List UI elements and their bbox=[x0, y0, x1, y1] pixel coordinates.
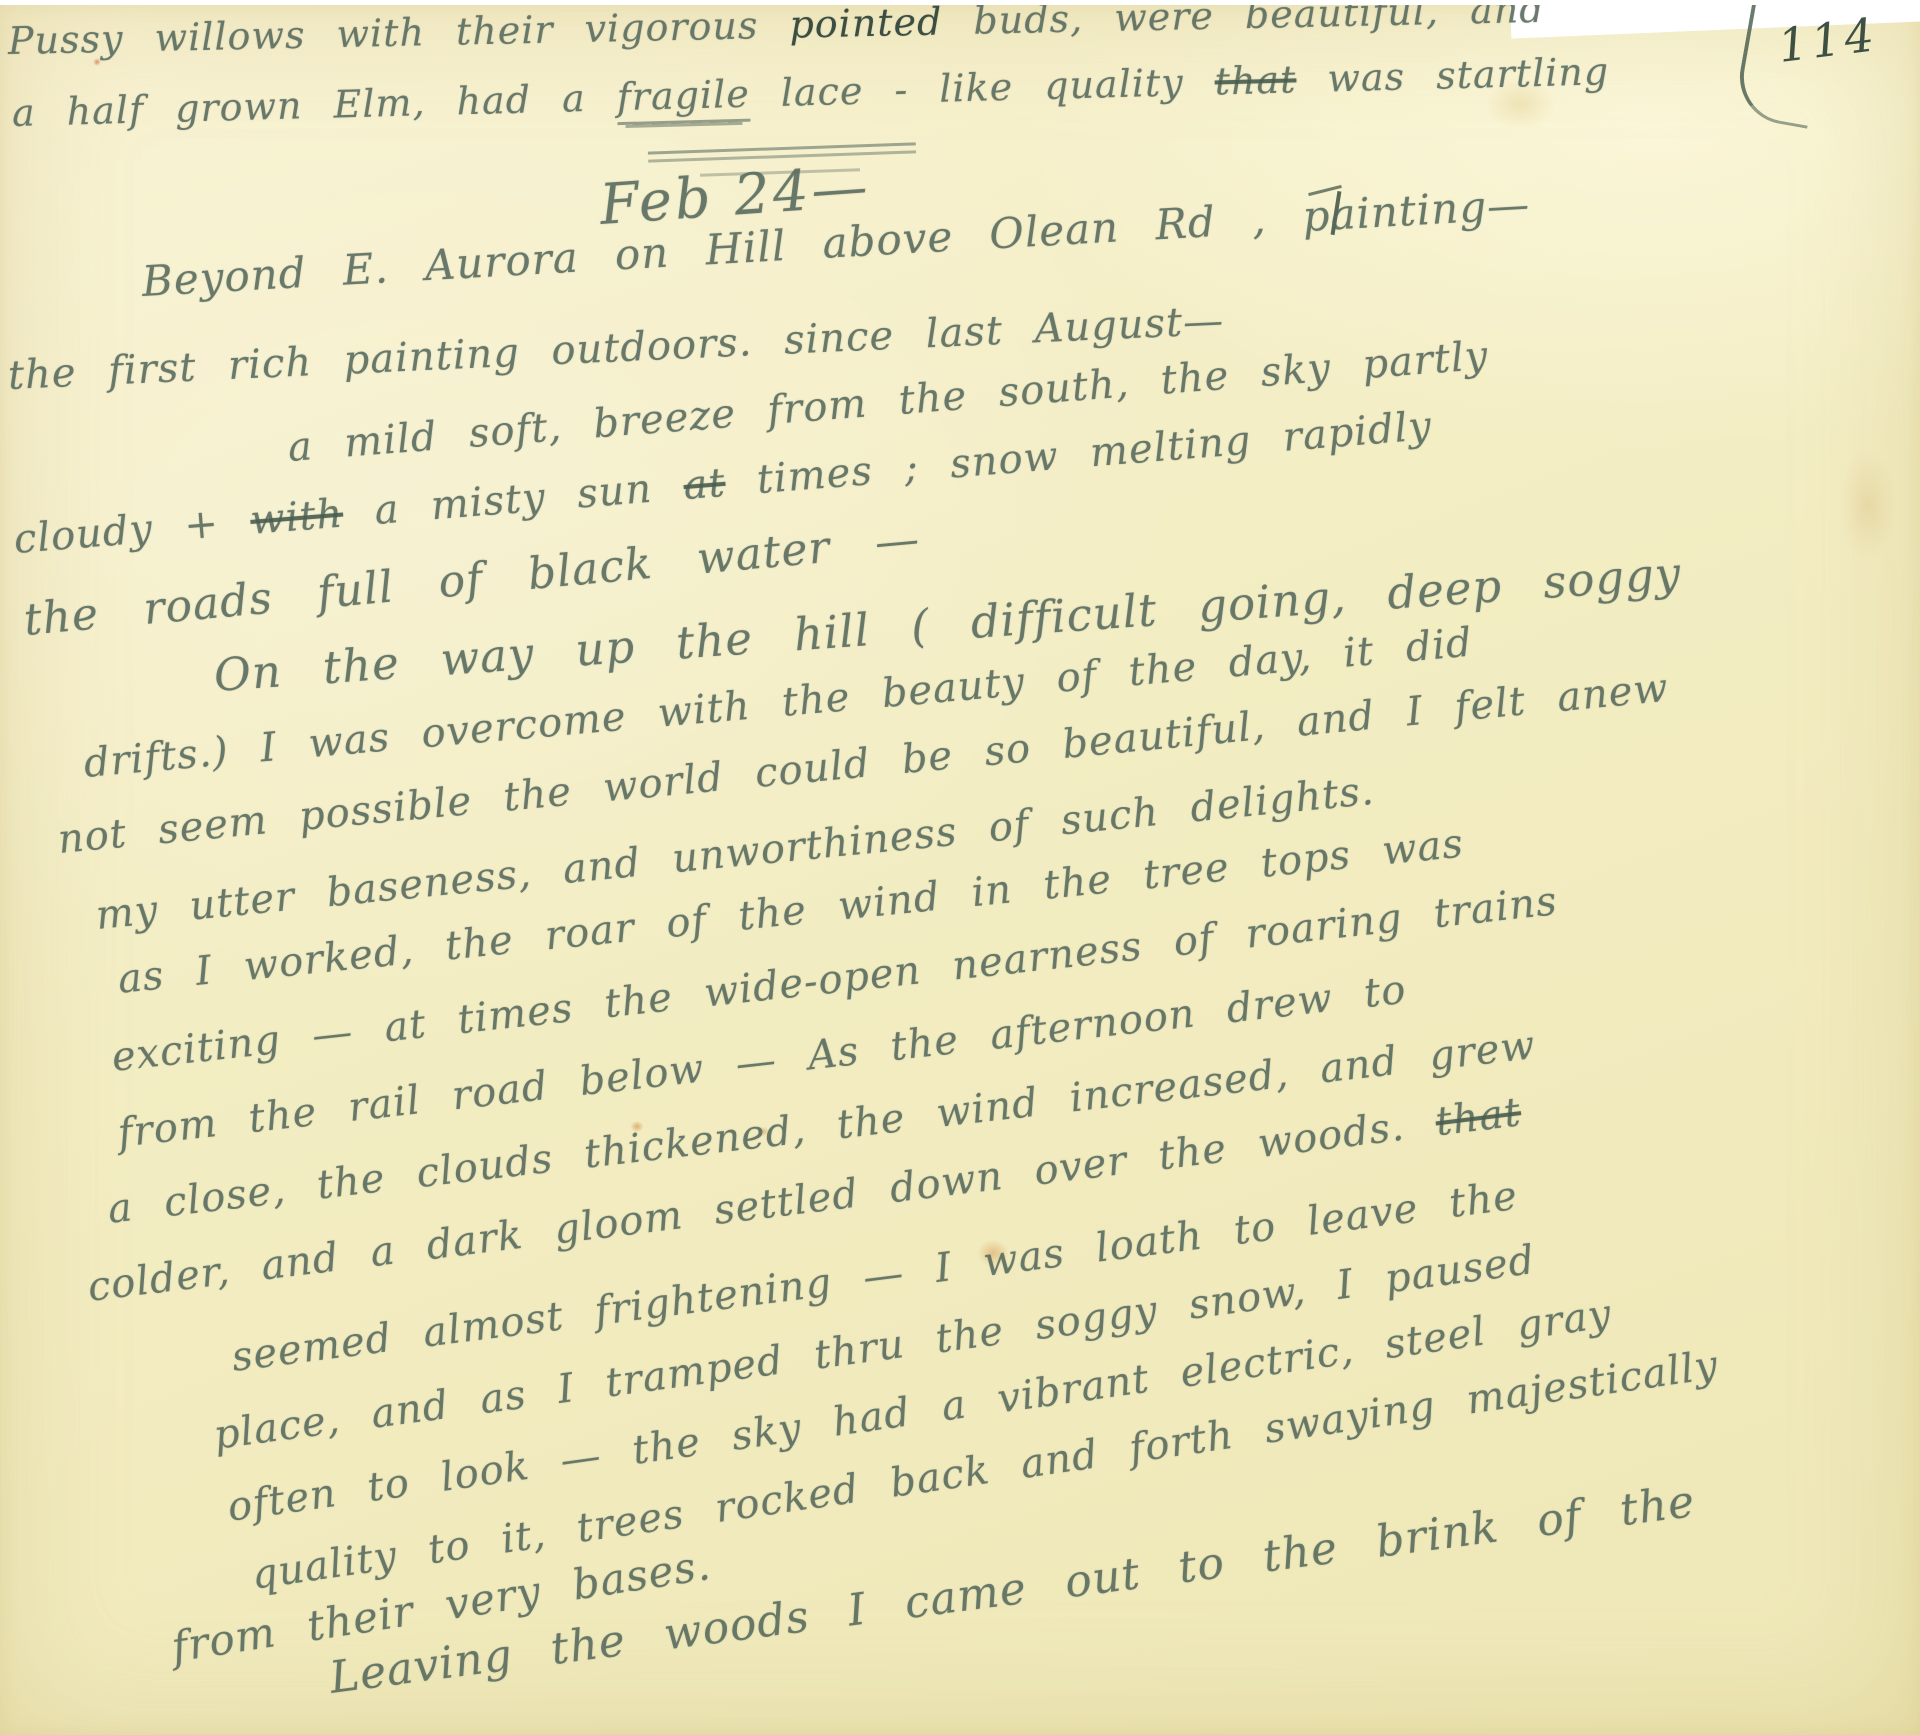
journal-page: 114 Feb 24— Pussy willows with their vig… bbox=[0, 5, 1920, 1735]
handwritten-text-segment: that bbox=[1214, 57, 1297, 103]
handwritten-text-segment: that bbox=[1433, 1089, 1524, 1145]
handwritten-text-segment: a half grown Elm, had a bbox=[11, 75, 617, 135]
handwritten-text-segment: cloudy + bbox=[12, 498, 252, 563]
handwritten-text-segment: fragile bbox=[616, 72, 750, 125]
handwritten-text-segment: at bbox=[682, 460, 727, 509]
handwritten-text-segment: a misty sun bbox=[341, 463, 685, 536]
handwritten-text-segment: lace - like quality bbox=[749, 60, 1215, 116]
handwritten-text-segment: was startling bbox=[1296, 49, 1610, 101]
page-number: 114 bbox=[1775, 7, 1881, 73]
handwritten-text-segment: with bbox=[249, 491, 345, 544]
handwritten-line: a half grown Elm, had a fragile lace - l… bbox=[11, 49, 1609, 135]
handwritten-text-segment: buds, were beautiful, and bbox=[942, 5, 1545, 43]
paper-stain bbox=[1828, 425, 1908, 585]
handwritten-text-segment: Pussy willows with their vigorous bbox=[8, 5, 790, 63]
handwritten-line: Pussy willows with their vigorous pointe… bbox=[8, 5, 1545, 63]
handwritten-text-segment: pointed bbox=[789, 5, 943, 47]
